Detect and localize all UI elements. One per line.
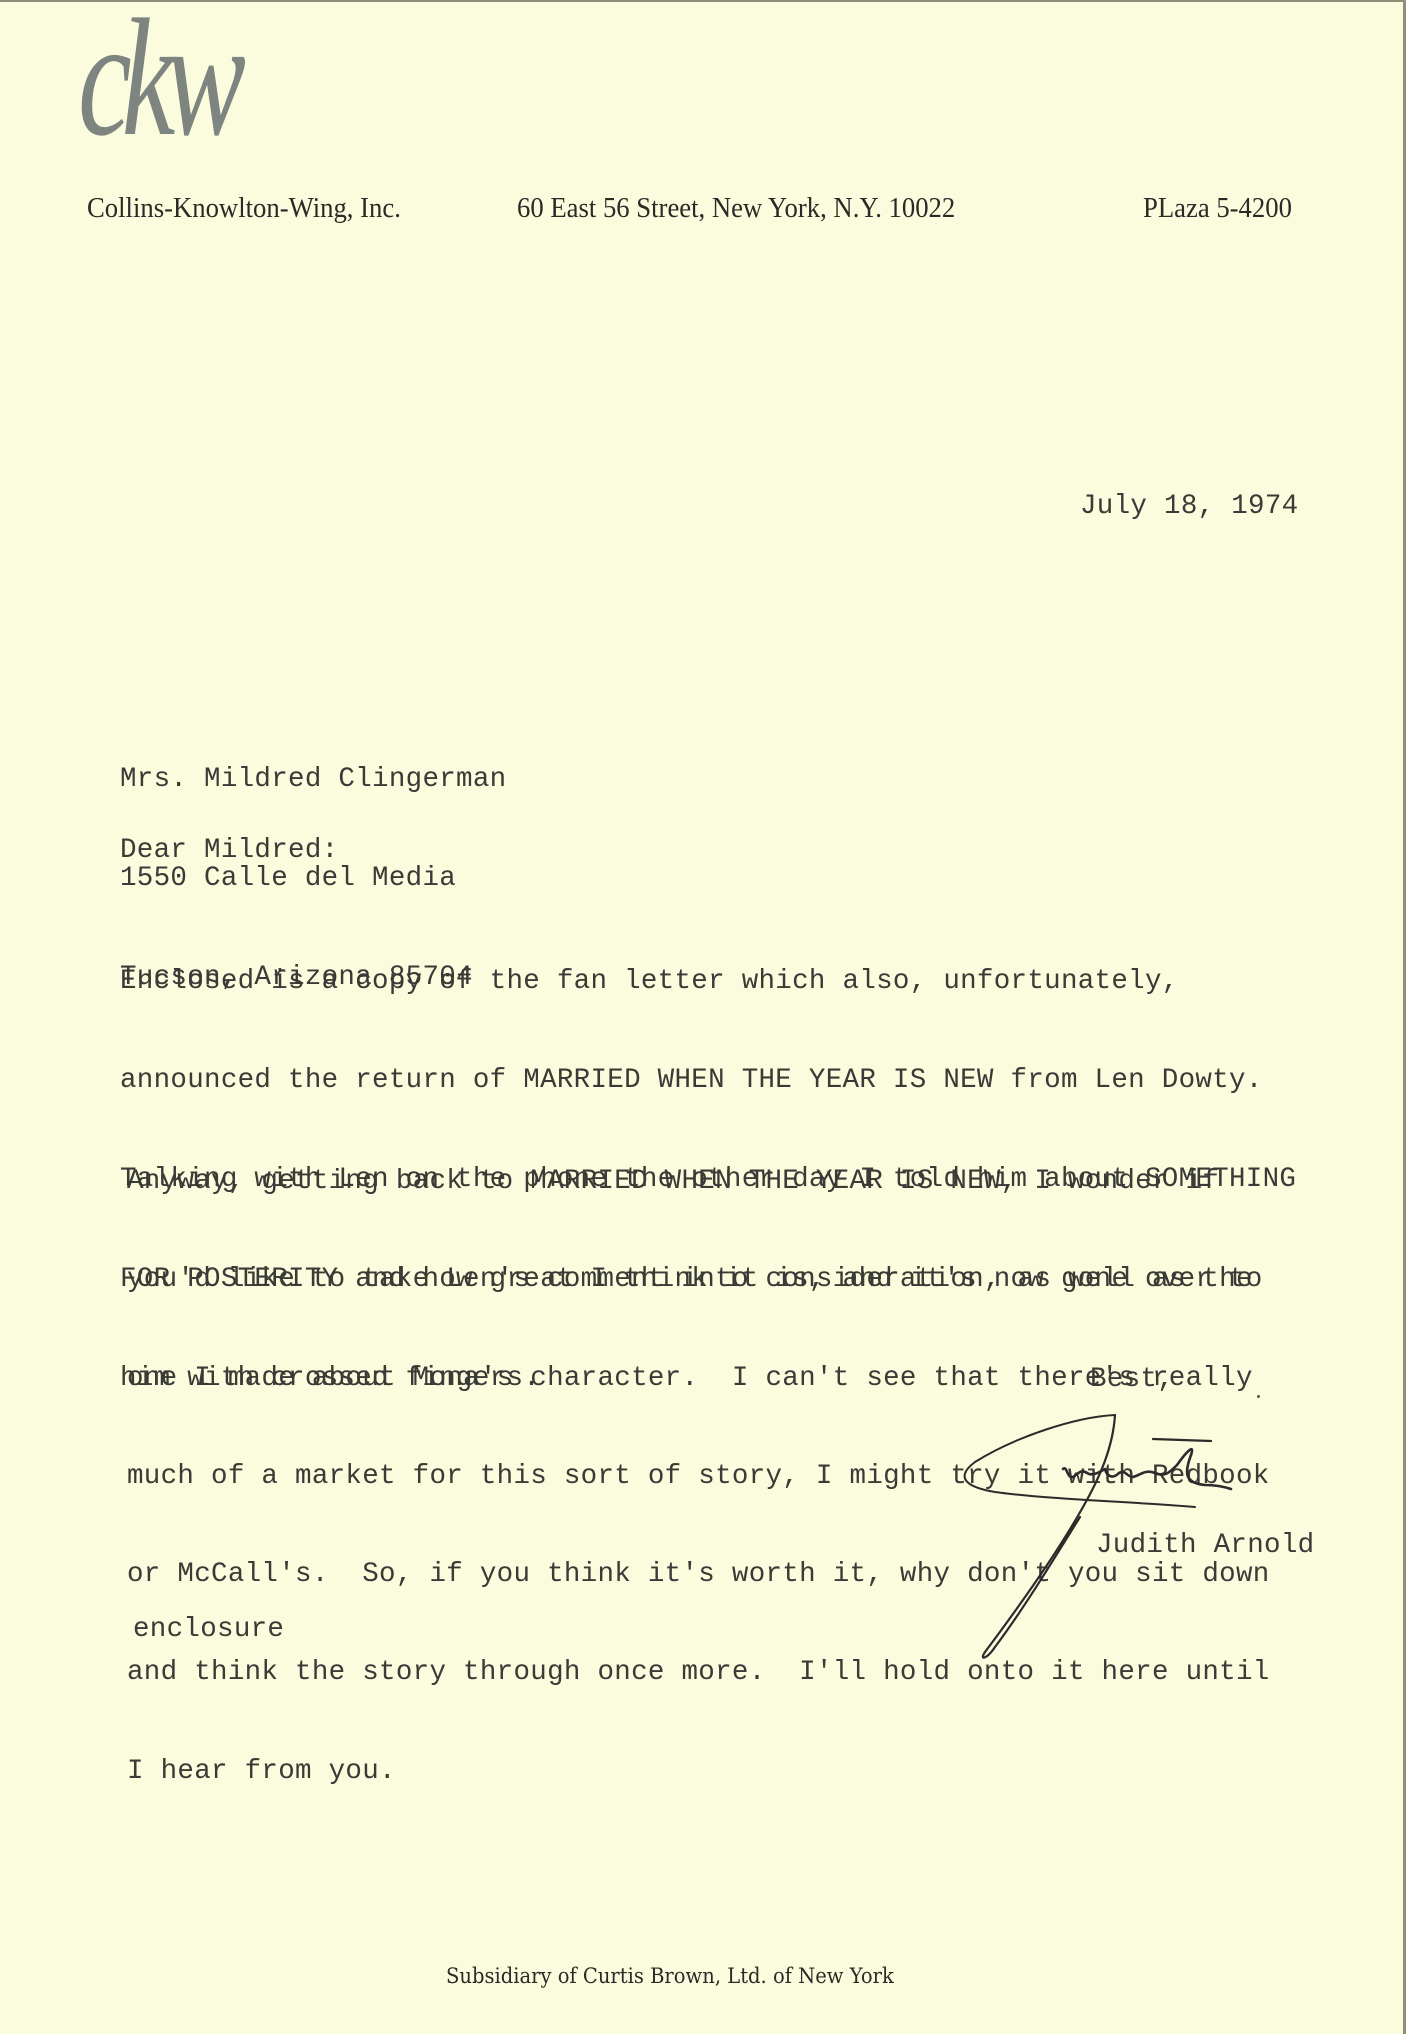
signer-name: Judith Arnold [1096,1529,1314,1562]
recipient-name: Mrs. Mildred Clingerman [120,763,506,796]
company-phone: PLaza 5-4200 [1143,192,1292,225]
company-logo: ckw [78,0,236,162]
company-name: Collins-Knowlton-Wing, Inc. [87,192,401,225]
letterhead: Collins-Knowlton-Wing, Inc. 60 East 56 S… [0,192,1406,228]
paragraph-line: I hear from you. [127,1755,1270,1787]
closing: Best, [1090,1363,1174,1396]
letter-page: ckw Collins-Knowlton-Wing, Inc. 60 East … [0,0,1406,2034]
paragraph-line: Anyway, getting back to MARRIED WHEN THE… [127,1165,1270,1197]
paragraph-line: announced the return of MARRIED WHEN THE… [120,1064,1296,1097]
enclosure-note: enclosure [133,1613,284,1646]
paragraph-line: you'd like to take Len's comment into co… [127,1263,1270,1295]
ink-speck [1257,1395,1260,1398]
paragraph-line: Enclosed is a copy of the fan letter whi… [120,965,1296,998]
company-address: 60 East 56 Street, New York, N.Y. 10022 [517,192,955,225]
footer-text: Subsidiary of Curtis Brown, Ltd. of New … [446,1964,894,1988]
letter-date: July 18, 1974 [1080,490,1298,523]
salutation: Dear Mildred: [120,834,338,867]
